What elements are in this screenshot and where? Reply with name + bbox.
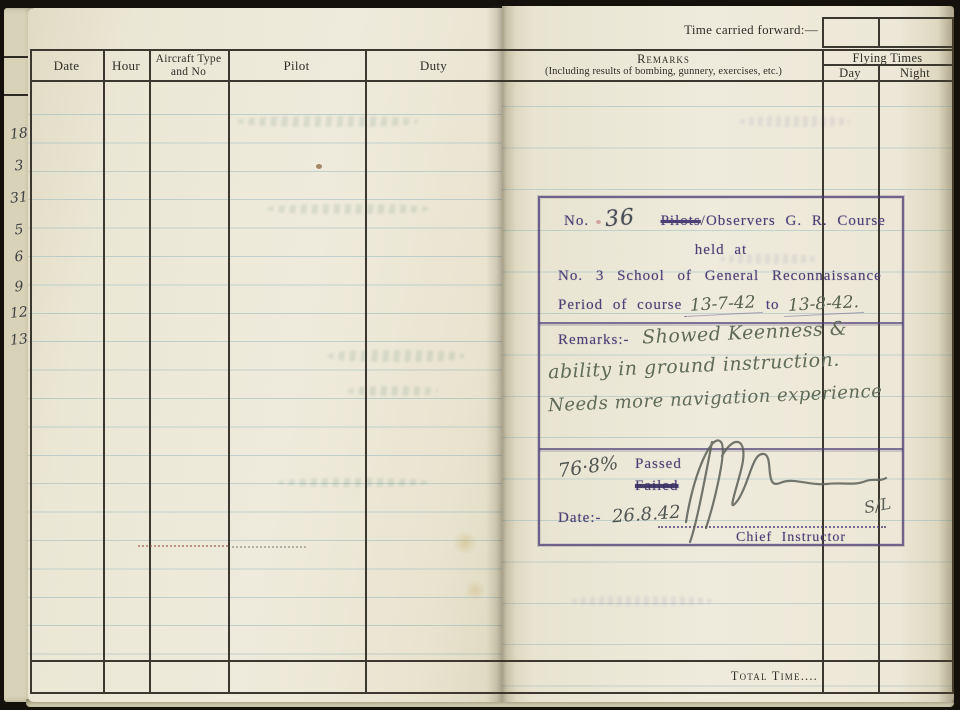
ruled-lines [28, 114, 502, 666]
time-carried-forward-label: Time carried forward:— [560, 22, 818, 38]
stamp-course-title: /Observers G. R. Course [701, 213, 886, 229]
page-right-border [952, 17, 954, 694]
page-bottom-line [30, 692, 953, 694]
stamp-remarks-handwritten-line2: ability in ground instruction. [548, 349, 841, 384]
stamp-remarks-label: Remarks:- [558, 332, 629, 349]
paper-stain [464, 580, 486, 600]
chief-instructor-signature [668, 426, 898, 544]
logbook-left-page [28, 8, 502, 702]
carried-forward-box-line [878, 17, 880, 47]
total-row-top-line [30, 660, 953, 662]
column-line [228, 49, 230, 694]
stamp-score-handwritten: 76·8% [557, 452, 620, 482]
ink-speck [316, 164, 322, 169]
faded-dotted-line [232, 546, 306, 548]
column-header-flying-times: Flying Times [822, 51, 953, 66]
carried-forward-box-line [822, 46, 953, 48]
bleed-through-smudge [328, 350, 464, 362]
column-header-remarks-subtitle: (Including results of bombing, gunnery, … [505, 66, 822, 77]
stamp-period-label: Period of course [558, 297, 682, 314]
column-header-night: Night [878, 66, 952, 81]
bleed-through-smudge [278, 478, 428, 487]
column-header-duty: Duty [365, 58, 502, 74]
stamp-period-end-handwritten: 13-8-42. [783, 292, 863, 317]
header-top-line [30, 49, 953, 51]
stamp-no-label: No. [564, 213, 589, 229]
stamp-school-line: No. 3 School of General Reconnaissance [558, 268, 892, 285]
stamp-date-label: Date:- [558, 510, 601, 527]
logbook-scan: 18 3 31 5 6 9 12 13 Time carried forward… [0, 0, 960, 710]
column-header-date: Date [30, 58, 103, 74]
stamp-course-number-handwritten: 36 [604, 205, 636, 233]
column-line [365, 49, 367, 694]
carried-forward-box-line [822, 17, 824, 47]
faded-dotted-line [138, 545, 228, 547]
column-line [149, 49, 151, 694]
carried-forward-box-line [822, 17, 953, 19]
total-time-label: Total Time.... [600, 669, 818, 684]
header-bottom-line [30, 80, 953, 82]
paper-stain [452, 532, 478, 554]
stamp-held-at: held at [540, 242, 902, 259]
bleed-through-smudge [268, 204, 428, 214]
bleed-through-smudge [348, 386, 438, 396]
column-header-pilot: Pilot [228, 58, 365, 74]
column-line [103, 49, 105, 694]
column-header-aircraft: Aircraft Type and No [149, 53, 228, 78]
column-header-day: Day [822, 66, 878, 81]
stamp-remarks-handwritten-line3: Needs more navigation experience [548, 381, 883, 417]
stamp-period-start-handwritten: 13-7-42 [684, 292, 763, 317]
stamp-course-row: No. 36 Pilots/Observers G. R. Course [564, 206, 886, 231]
stamp-period-row: Period of course 13-7-42 to 13-8-42. [558, 294, 892, 315]
column-header-remarks: Remarks [505, 52, 822, 67]
bleed-through-smudge [572, 596, 712, 606]
stamp-struck-word: Pilots [661, 213, 701, 229]
stamp-to-label: to [766, 297, 780, 314]
column-header-hour: Hour [103, 58, 149, 74]
bleed-through-smudge [740, 116, 850, 127]
bleed-through-smudge [238, 116, 418, 127]
course-result-stamp: No. 36 Pilots/Observers G. R. Course hel… [538, 196, 904, 546]
column-line [30, 49, 32, 694]
